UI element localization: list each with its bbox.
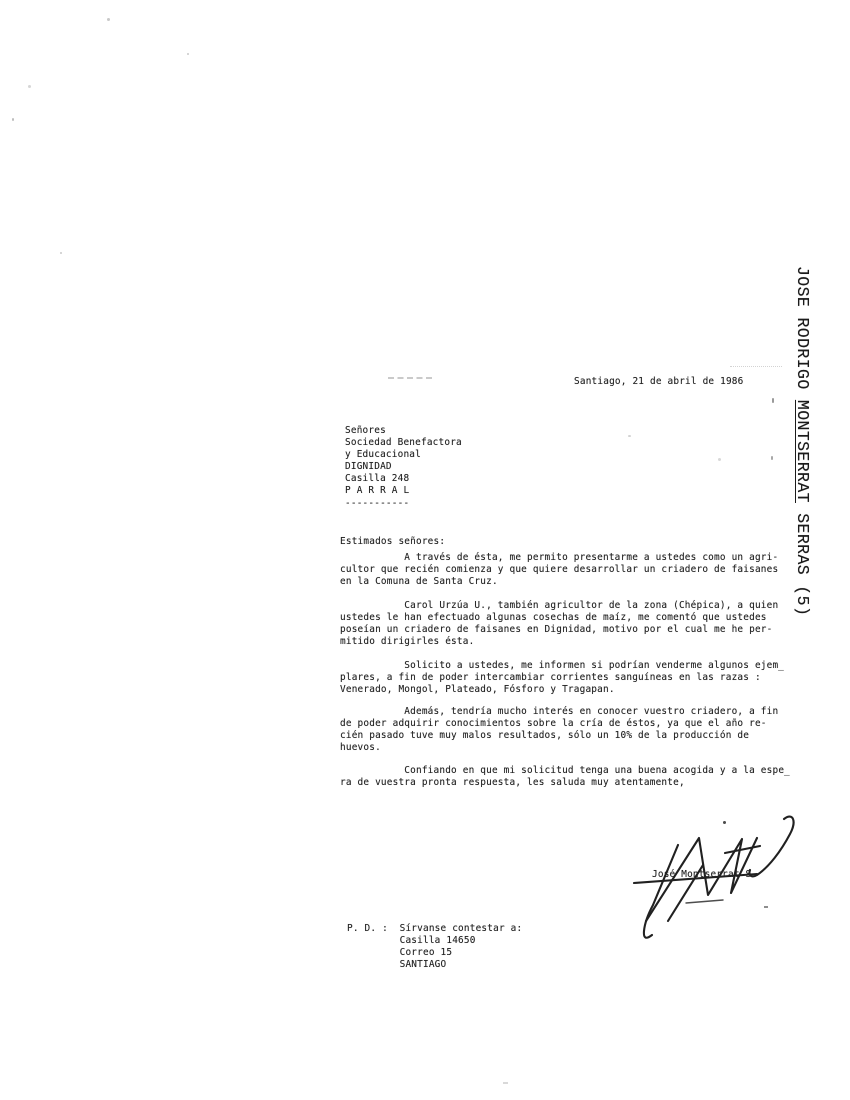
side-label-part1: JOSE RODRIGO	[793, 266, 812, 400]
body-paragraph-3: Solicito a ustedes, me informen si podrí…	[340, 660, 784, 696]
scan-speck	[12, 118, 14, 121]
scan-speck	[772, 398, 774, 403]
body-paragraph-5: Confiando en que mi solicitud tenga una …	[340, 765, 790, 789]
scan-speck	[60, 252, 62, 254]
salutation: Estimados señores:	[340, 536, 445, 548]
scan-speck	[723, 821, 726, 824]
scan-speck	[771, 456, 773, 460]
scan-speck	[187, 53, 189, 55]
scan-dots-artifact	[730, 366, 782, 367]
body-paragraph-2: Carol Urzúa U., también agricultor de la…	[340, 600, 778, 648]
letter-date: Santiago, 21 de abril de 1986	[574, 376, 743, 388]
scan-speck	[718, 458, 721, 461]
body-paragraph-1: A través de ésta, me permito presentarme…	[340, 552, 778, 588]
scan-speck	[503, 1082, 508, 1084]
side-label-part3: SERRAS (5)	[793, 503, 812, 616]
side-archive-label: JOSE RODRIGO MONTSERRAT SERRAS (5)	[793, 266, 812, 618]
typed-signature-name: José Montserrat S.	[652, 869, 757, 881]
scan-speck	[107, 18, 110, 21]
scan-speck	[628, 435, 631, 437]
body-paragraph-4: Además, tendría mucho interés en conocer…	[340, 706, 778, 754]
scan-dash-artifact	[388, 377, 432, 379]
scanned-letter-page: Santiago, 21 de abril de 1986 Señores So…	[0, 0, 850, 1100]
scan-speck	[764, 906, 768, 908]
side-label-part2-underlined: MONTSERRAT	[793, 400, 812, 503]
postscript-block: P. D. : Sírvanse contestar a: Casilla 14…	[347, 923, 522, 971]
recipient-address-block: Señores Sociedad Benefactora y Educacion…	[345, 425, 462, 510]
scan-speck	[28, 85, 31, 88]
